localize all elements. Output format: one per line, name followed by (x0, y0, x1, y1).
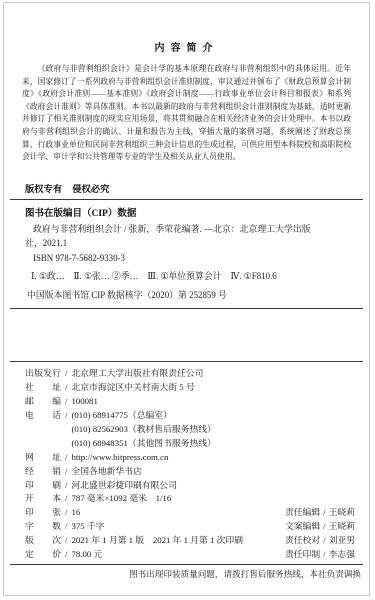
intro-title: 内容简介 (4, 39, 369, 54)
pub-label: 邮编 (25, 395, 61, 409)
divider-above-footer-note (10, 564, 363, 565)
pub-value: 全国各地新华书店 (71, 466, 141, 476)
staff-label: 责任编辑 (285, 507, 320, 517)
cip-entry-line2: 社，2021.1 (25, 236, 348, 251)
pub-separator: / (65, 368, 67, 378)
pub-separator: / (65, 549, 67, 559)
staff-name: 李志强 (329, 549, 355, 559)
pub-separator: / (65, 493, 67, 503)
copyright-notice: 版权专有侵权必究 (25, 181, 369, 195)
staff-separator: / (323, 535, 325, 545)
pub-value: (010) 68948351（其他图书服务热线） (71, 438, 215, 448)
divider-under-cip (10, 308, 363, 309)
price-row: 定价/78.00 元 责任印制/李志强 (25, 548, 355, 562)
pub-separator: / (65, 382, 67, 392)
pub-separator: / (65, 507, 67, 517)
pub-label: 印张 (25, 506, 61, 520)
pub-separator: / (65, 535, 67, 545)
pub-value: (010) 68914775（总编室） (71, 410, 171, 420)
cip-entry-line1: 政府与非营利组织会计 / 张新，季荣花编著. —北京：北京理工大学出版 (25, 222, 348, 237)
pub-separator: / (65, 410, 67, 420)
staff-label: 责任印制 (285, 549, 320, 559)
pub-separator: / (65, 452, 67, 462)
staff-label: 文案编辑 (285, 521, 320, 531)
pub-separator: / (65, 466, 67, 476)
address-row: 社址/北京市海淀区中关村南大街 5 号 (25, 381, 355, 395)
pub-label: 出版发行 (25, 367, 61, 381)
pub-value: 78.00 元 (71, 549, 102, 559)
pub-value: 河北盛世彩捷印刷有限公司 (71, 480, 177, 490)
pub-value: (010) 82562903（教材售后服务热线） (71, 424, 215, 434)
phone-row-3: /(010) 68948351（其他图书服务热线） (25, 437, 355, 451)
pub-value: 375 千字 (71, 521, 104, 531)
pub-label: 印刷 (25, 479, 61, 493)
pub-label: 版次 (25, 534, 61, 548)
pub-separator: / (65, 396, 67, 406)
pub-value: 2021 年 1 月第 1 版 2021 年 1 月第 1 次印刷 (71, 535, 243, 545)
staff-name: 刘亚男 (329, 535, 355, 545)
pub-label: 网址 (25, 451, 61, 465)
staff-name: 王晓莉 (329, 521, 355, 531)
pub-value: 北京市海淀区中关村南大街 5 号 (71, 382, 194, 392)
staff-name: 王晓莉 (329, 507, 355, 517)
pub-label: 开本 (25, 492, 61, 506)
pub-separator: / (65, 521, 67, 531)
cip-record-number: 中国版本图书馆 CIP 数据核字（2020）第 252859 号 (25, 288, 348, 303)
pub-label: 字数 (25, 520, 61, 534)
divider-above-publication (10, 361, 363, 362)
printing-row: 印刷/河北盛世彩捷印刷有限公司 (25, 479, 355, 493)
format-row: 开本/787 毫米×1092 毫米 1/16 (25, 492, 355, 506)
publisher-row: 出版发行/北京理工大学出版社有限责任公司 (25, 367, 355, 381)
staff-credit: 责任编辑/王晓莉 (285, 506, 355, 520)
pub-label: 电话 (25, 409, 61, 423)
cip-isbn: ISBN 978-7-5682-9330-3 (25, 251, 348, 266)
staff-credit: 责任校对/刘亚男 (285, 534, 355, 548)
phone-row-2: /(010) 82562903（教材售后服务热线） (25, 423, 355, 437)
phone-row: 电话/(010) 68914775（总编室） (25, 409, 355, 423)
website-row: 网址/http://www.bitpress.com.cn (25, 451, 355, 465)
book-copyright-page: 内容简介 《政府与非营利组织会计》是会计学的基本原理在政府与非营利组织中的具体运… (3, 2, 370, 596)
cip-heading: 图书在版编目（CIP）数据 (25, 205, 348, 219)
distribution-row: 经销/全国各地新华书店 (25, 465, 355, 479)
pub-separator: / (65, 480, 67, 490)
cip-block: 图书在版编目（CIP）数据 政府与非营利组织会计 / 张新，季荣花编著. —北京… (4, 205, 369, 303)
footer-quality-note: 图书出现印装质量问题，请拨打售后服务热线，本社负责调换 (4, 568, 369, 580)
publication-block: 出版发行/北京理工大学出版社有限责任公司 社址/北京市海淀区中关村南大街 5 号… (4, 367, 369, 562)
staff-label: 责任校对 (285, 535, 320, 545)
pub-value: http://www.bitpress.com.cn (71, 452, 168, 462)
intro-paragraph: 《政府与非营利组织会计》是会计学的基本原理在政府与非营利组织中的具体运用。近年来… (22, 63, 351, 164)
edition-row: 版次/2021 年 1 月第 1 版 2021 年 1 月第 1 次印刷 责任校… (25, 534, 355, 548)
staff-credit: 责任印制/李志强 (285, 548, 355, 562)
copyright-notice-right: 侵权必究 (72, 185, 109, 195)
staff-separator: / (323, 507, 325, 517)
wordcount-row: 字数/375 千字 文案编辑/王晓莉 (25, 520, 355, 534)
pub-label: 社址 (25, 381, 61, 395)
divider-under-notice (10, 199, 363, 200)
pub-value: 北京理工大学出版社有限责任公司 (71, 368, 203, 378)
pub-label: 定价 (25, 548, 61, 562)
copyright-notice-left: 版权专有 (25, 185, 62, 195)
postcode-row: 邮编/100081 (25, 395, 355, 409)
cip-classification: Ⅰ. ①政… Ⅱ. ①张… ②季… Ⅲ. ①单位预算会计 Ⅳ. ①F810.6 (25, 269, 348, 284)
staff-credit: 文案编辑/王晓莉 (285, 520, 355, 534)
pub-value: 16 (71, 507, 80, 517)
sheets-row: 印张/16 责任编辑/王晓莉 (25, 506, 355, 520)
staff-separator: / (323, 549, 325, 559)
pub-value: 100081 (71, 396, 97, 406)
staff-separator: / (323, 521, 325, 531)
pub-label: 经销 (25, 465, 61, 479)
pub-value: 787 毫米×1092 毫米 1/16 (71, 493, 171, 503)
